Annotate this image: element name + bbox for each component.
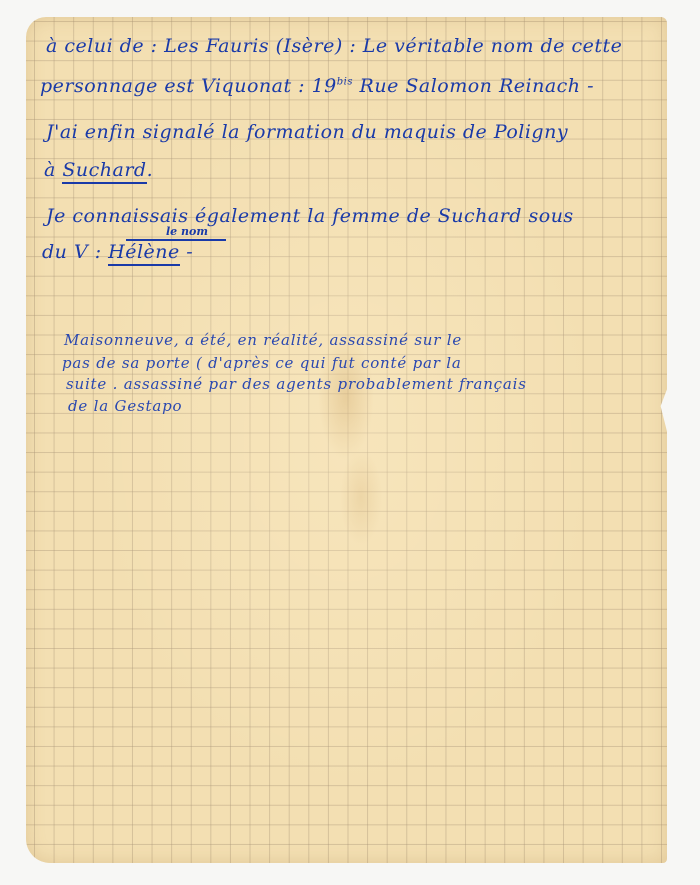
handwritten-line-3: J'ai enfin signalé la formation du maqui…	[46, 121, 568, 143]
superscript-bis: bis	[337, 77, 353, 88]
line-text: Rue Salomon Reinach -	[353, 75, 594, 97]
inserted-annotation: le nom	[166, 225, 208, 238]
handwritten-line-6: du V : Hélène -	[42, 241, 193, 263]
scanned-page: à celui de : Les Fauris (Isère) : Le vér…	[0, 0, 700, 885]
paragraph-line-2: pas de sa porte ( d'après ce qui fut con…	[62, 354, 462, 372]
line-text: personnage est Viquonat : 19	[40, 75, 337, 97]
handwritten-line-2: personnage est Viquonat : 19bis Rue Salo…	[40, 75, 594, 97]
line-text: -	[180, 241, 193, 263]
line-text: Je connaissais également la femme de Suc…	[46, 205, 574, 227]
line-text: à	[44, 159, 62, 181]
paragraph-line-1: Maisonneuve, a été, en réalité, assassin…	[64, 331, 462, 349]
paragraph-line-3: suite . assassiné par des agents probabl…	[66, 375, 527, 393]
handwritten-line-5: Je connaissais également la femme de Suc…	[46, 205, 574, 227]
line-text: du V :	[42, 241, 108, 263]
line-text: .	[147, 159, 154, 181]
handwritten-line-1: à celui de : Les Fauris (Isère) : Le vér…	[46, 35, 622, 57]
paragraph-line-4: de la Gestapo	[68, 397, 182, 415]
line-text: J'ai enfin signalé la formation du maqui…	[46, 121, 568, 143]
graph-paper-sheet: à celui de : Les Fauris (Isère) : Le vér…	[26, 17, 667, 863]
handwritten-line-4: à Suchard.	[44, 159, 153, 181]
line-text: à celui de : Les Fauris (Isère) : Le vér…	[46, 35, 622, 57]
underlined-name-helene: Hélène	[108, 241, 180, 266]
underlined-name-suchard: Suchard	[62, 159, 146, 184]
